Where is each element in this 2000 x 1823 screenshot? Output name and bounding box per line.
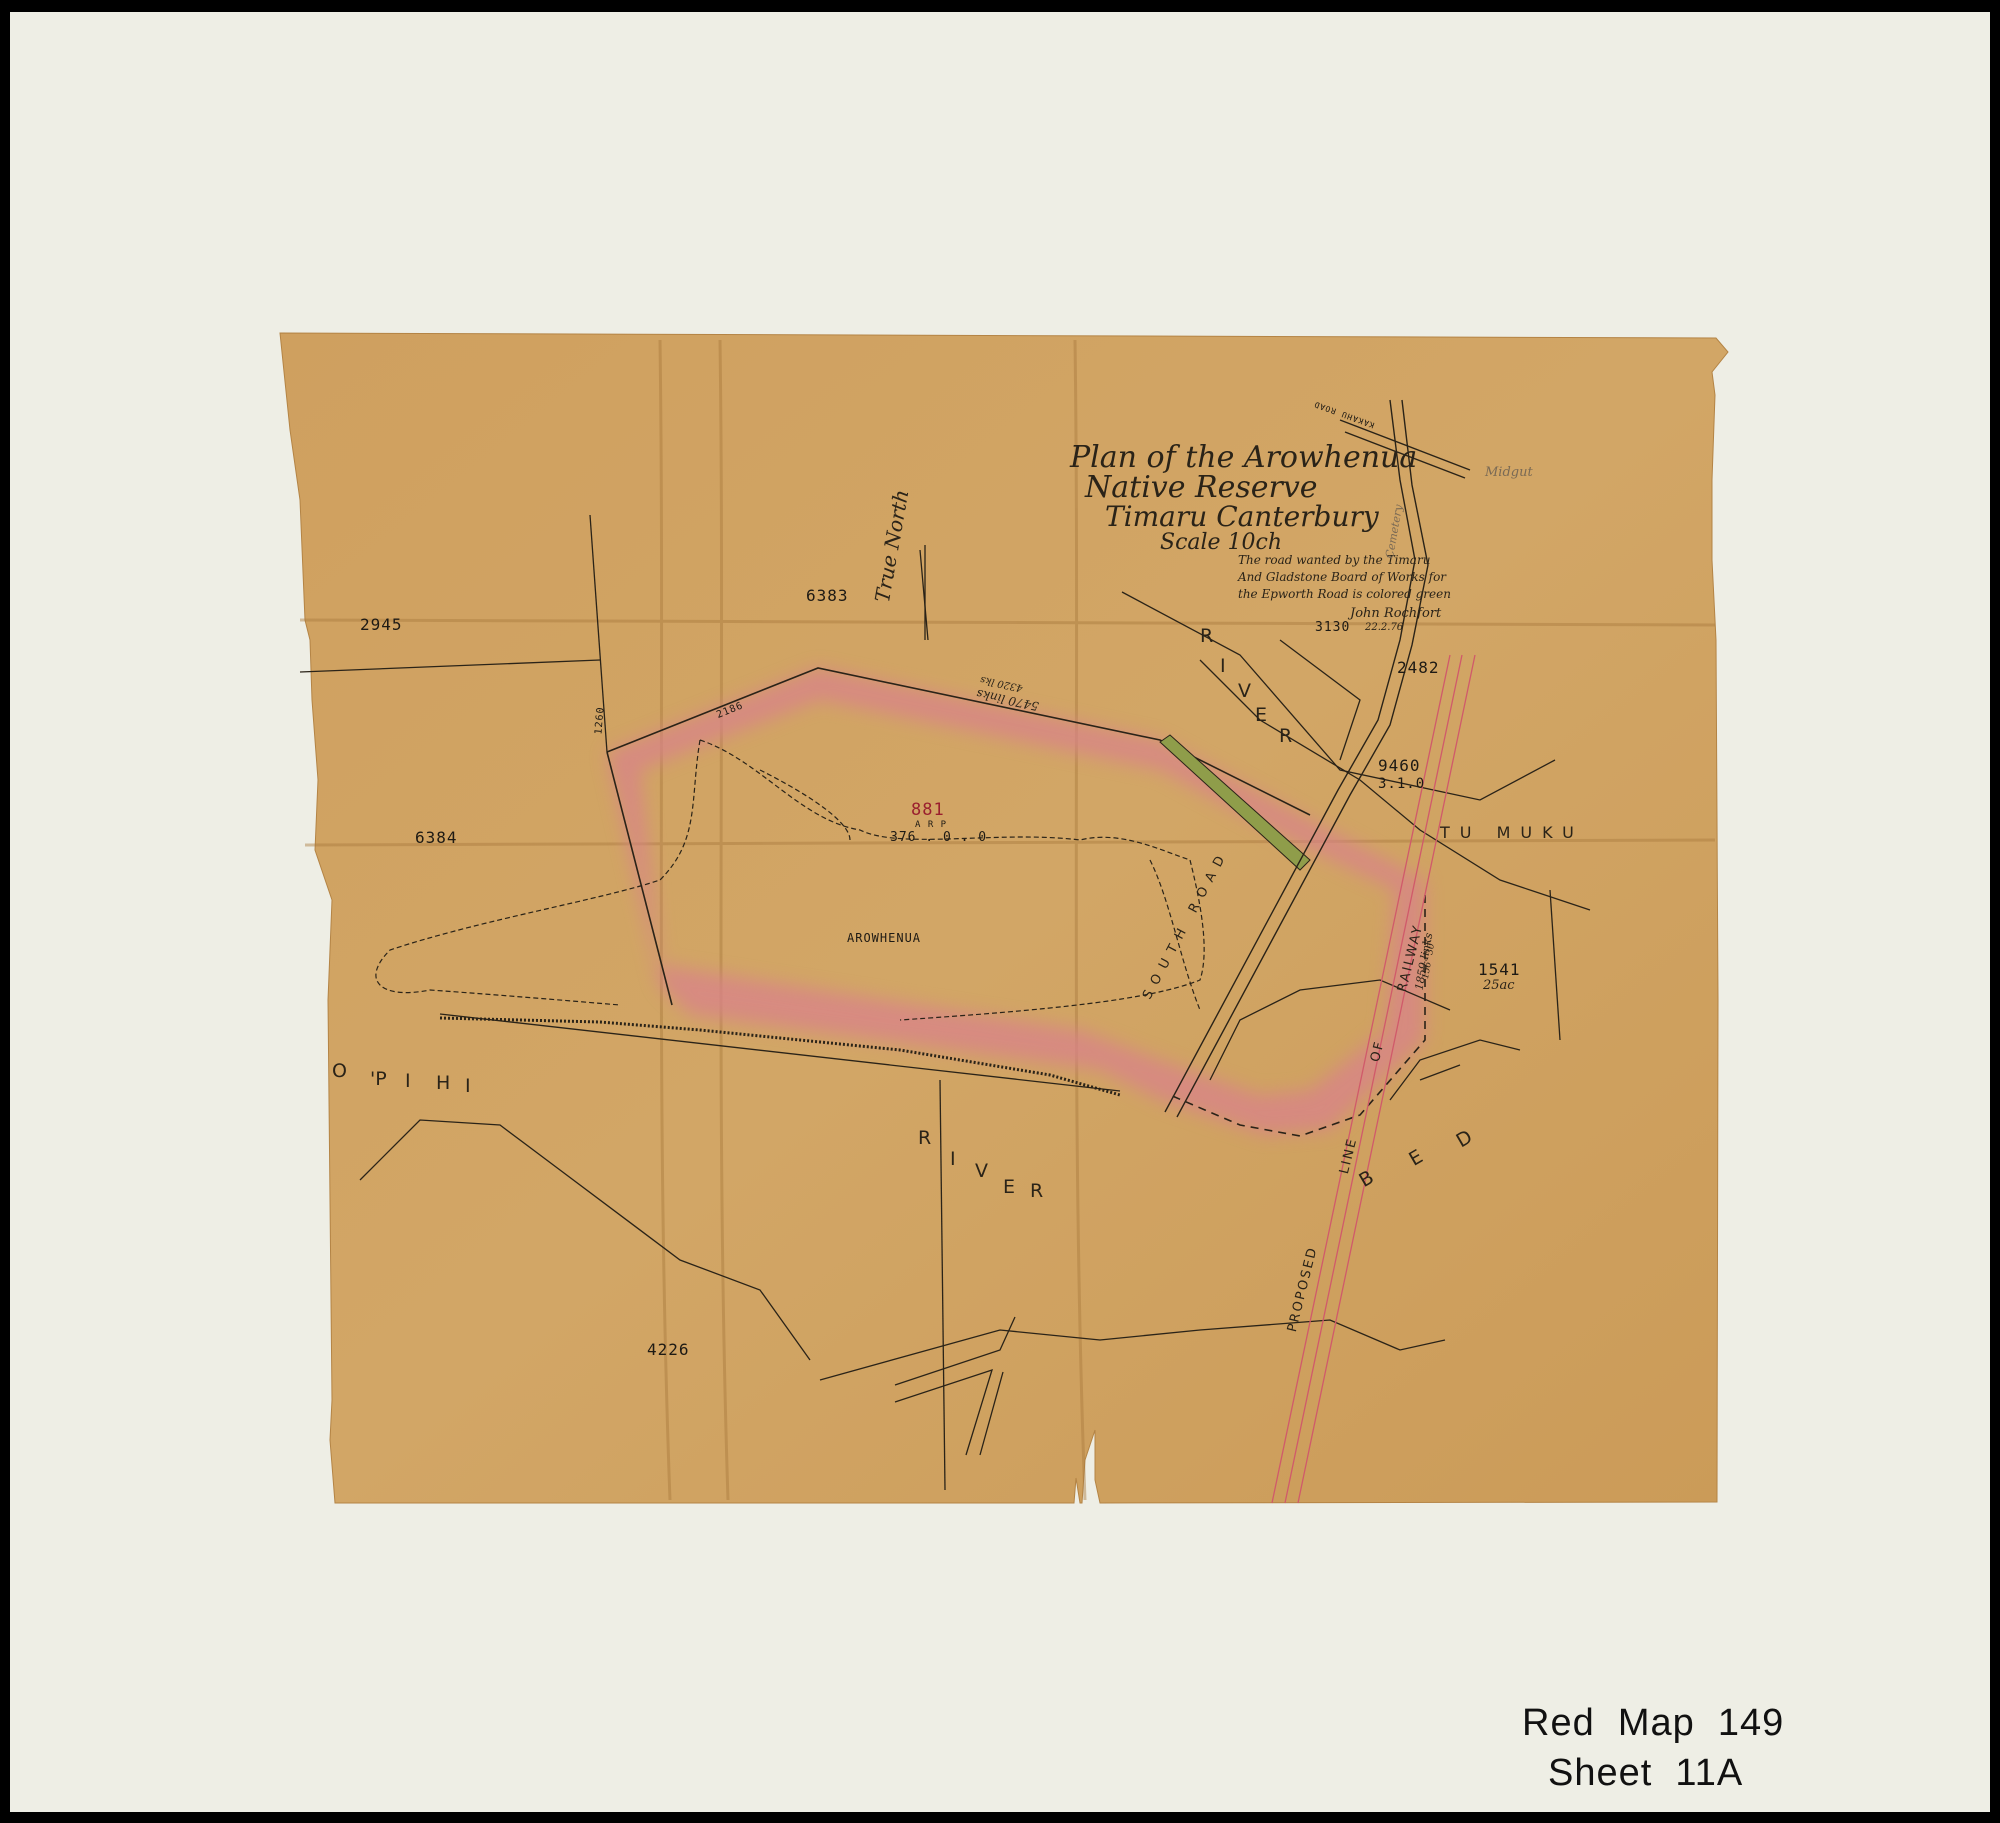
note-line-2: And Gladstone Board of Works for: [1238, 570, 1446, 584]
section-4226: 4226: [647, 1340, 690, 1359]
river-lower-e: E: [1003, 1176, 1015, 1198]
river-lower-v: V: [975, 1160, 988, 1182]
note-line-1: The road wanted by the Timaru: [1238, 553, 1430, 567]
opihi-i1: I: [405, 1070, 411, 1092]
river-upper-r2: R: [1279, 725, 1292, 747]
section-2945: 2945: [360, 615, 403, 634]
section-1541: 1541: [1478, 960, 1521, 979]
archive-label-line-1: Red Map 149: [1522, 1702, 1784, 1745]
river-lower-i: I: [950, 1148, 956, 1170]
section-6383: 6383: [806, 586, 849, 605]
paper-outline: [280, 333, 1728, 1503]
reserve-number: 881: [911, 800, 945, 820]
note-line-3: the Epworth Road is colored green: [1238, 587, 1451, 601]
section-3130: 3130: [1315, 620, 1350, 635]
opihi-i2: I: [465, 1075, 471, 1097]
reserve-name: AROWHENUA: [847, 931, 921, 945]
midgut-label: Midgut: [1485, 465, 1533, 480]
section-1541-area: 25ac: [1483, 978, 1515, 993]
section-2482: 2482: [1397, 658, 1440, 677]
opihi-p: 'P: [370, 1068, 387, 1090]
archive-label-line-2: Sheet 11A: [1548, 1752, 1743, 1795]
river-upper-r1: R: [1200, 625, 1213, 647]
river-lower-r2: R: [1030, 1180, 1043, 1202]
map-sheet: [0, 0, 2000, 1823]
opihi-o: O: [332, 1060, 347, 1082]
opihi-h: H: [436, 1072, 450, 1094]
map-scale: Scale 10ch: [1160, 530, 1282, 555]
section-6384: 6384: [415, 828, 458, 847]
signature-date: 22.2.76: [1365, 622, 1403, 633]
river-upper-v: V: [1238, 680, 1251, 702]
river-upper-i: I: [1220, 655, 1226, 677]
signature: John Rochfort: [1350, 606, 1441, 621]
section-9460-area: 3.1.0: [1378, 776, 1425, 792]
reserve-area: 376 . 0 . 0: [890, 830, 987, 845]
river-lower-r1: R: [918, 1127, 931, 1149]
tumuku-label: TU MUKU: [1440, 823, 1584, 842]
section-9460: 9460: [1378, 756, 1421, 775]
map-title-line-3: Timaru Canterbury: [1105, 500, 1379, 533]
river-upper-e: E: [1255, 704, 1267, 726]
reserve-area-units: A R P: [915, 820, 947, 830]
